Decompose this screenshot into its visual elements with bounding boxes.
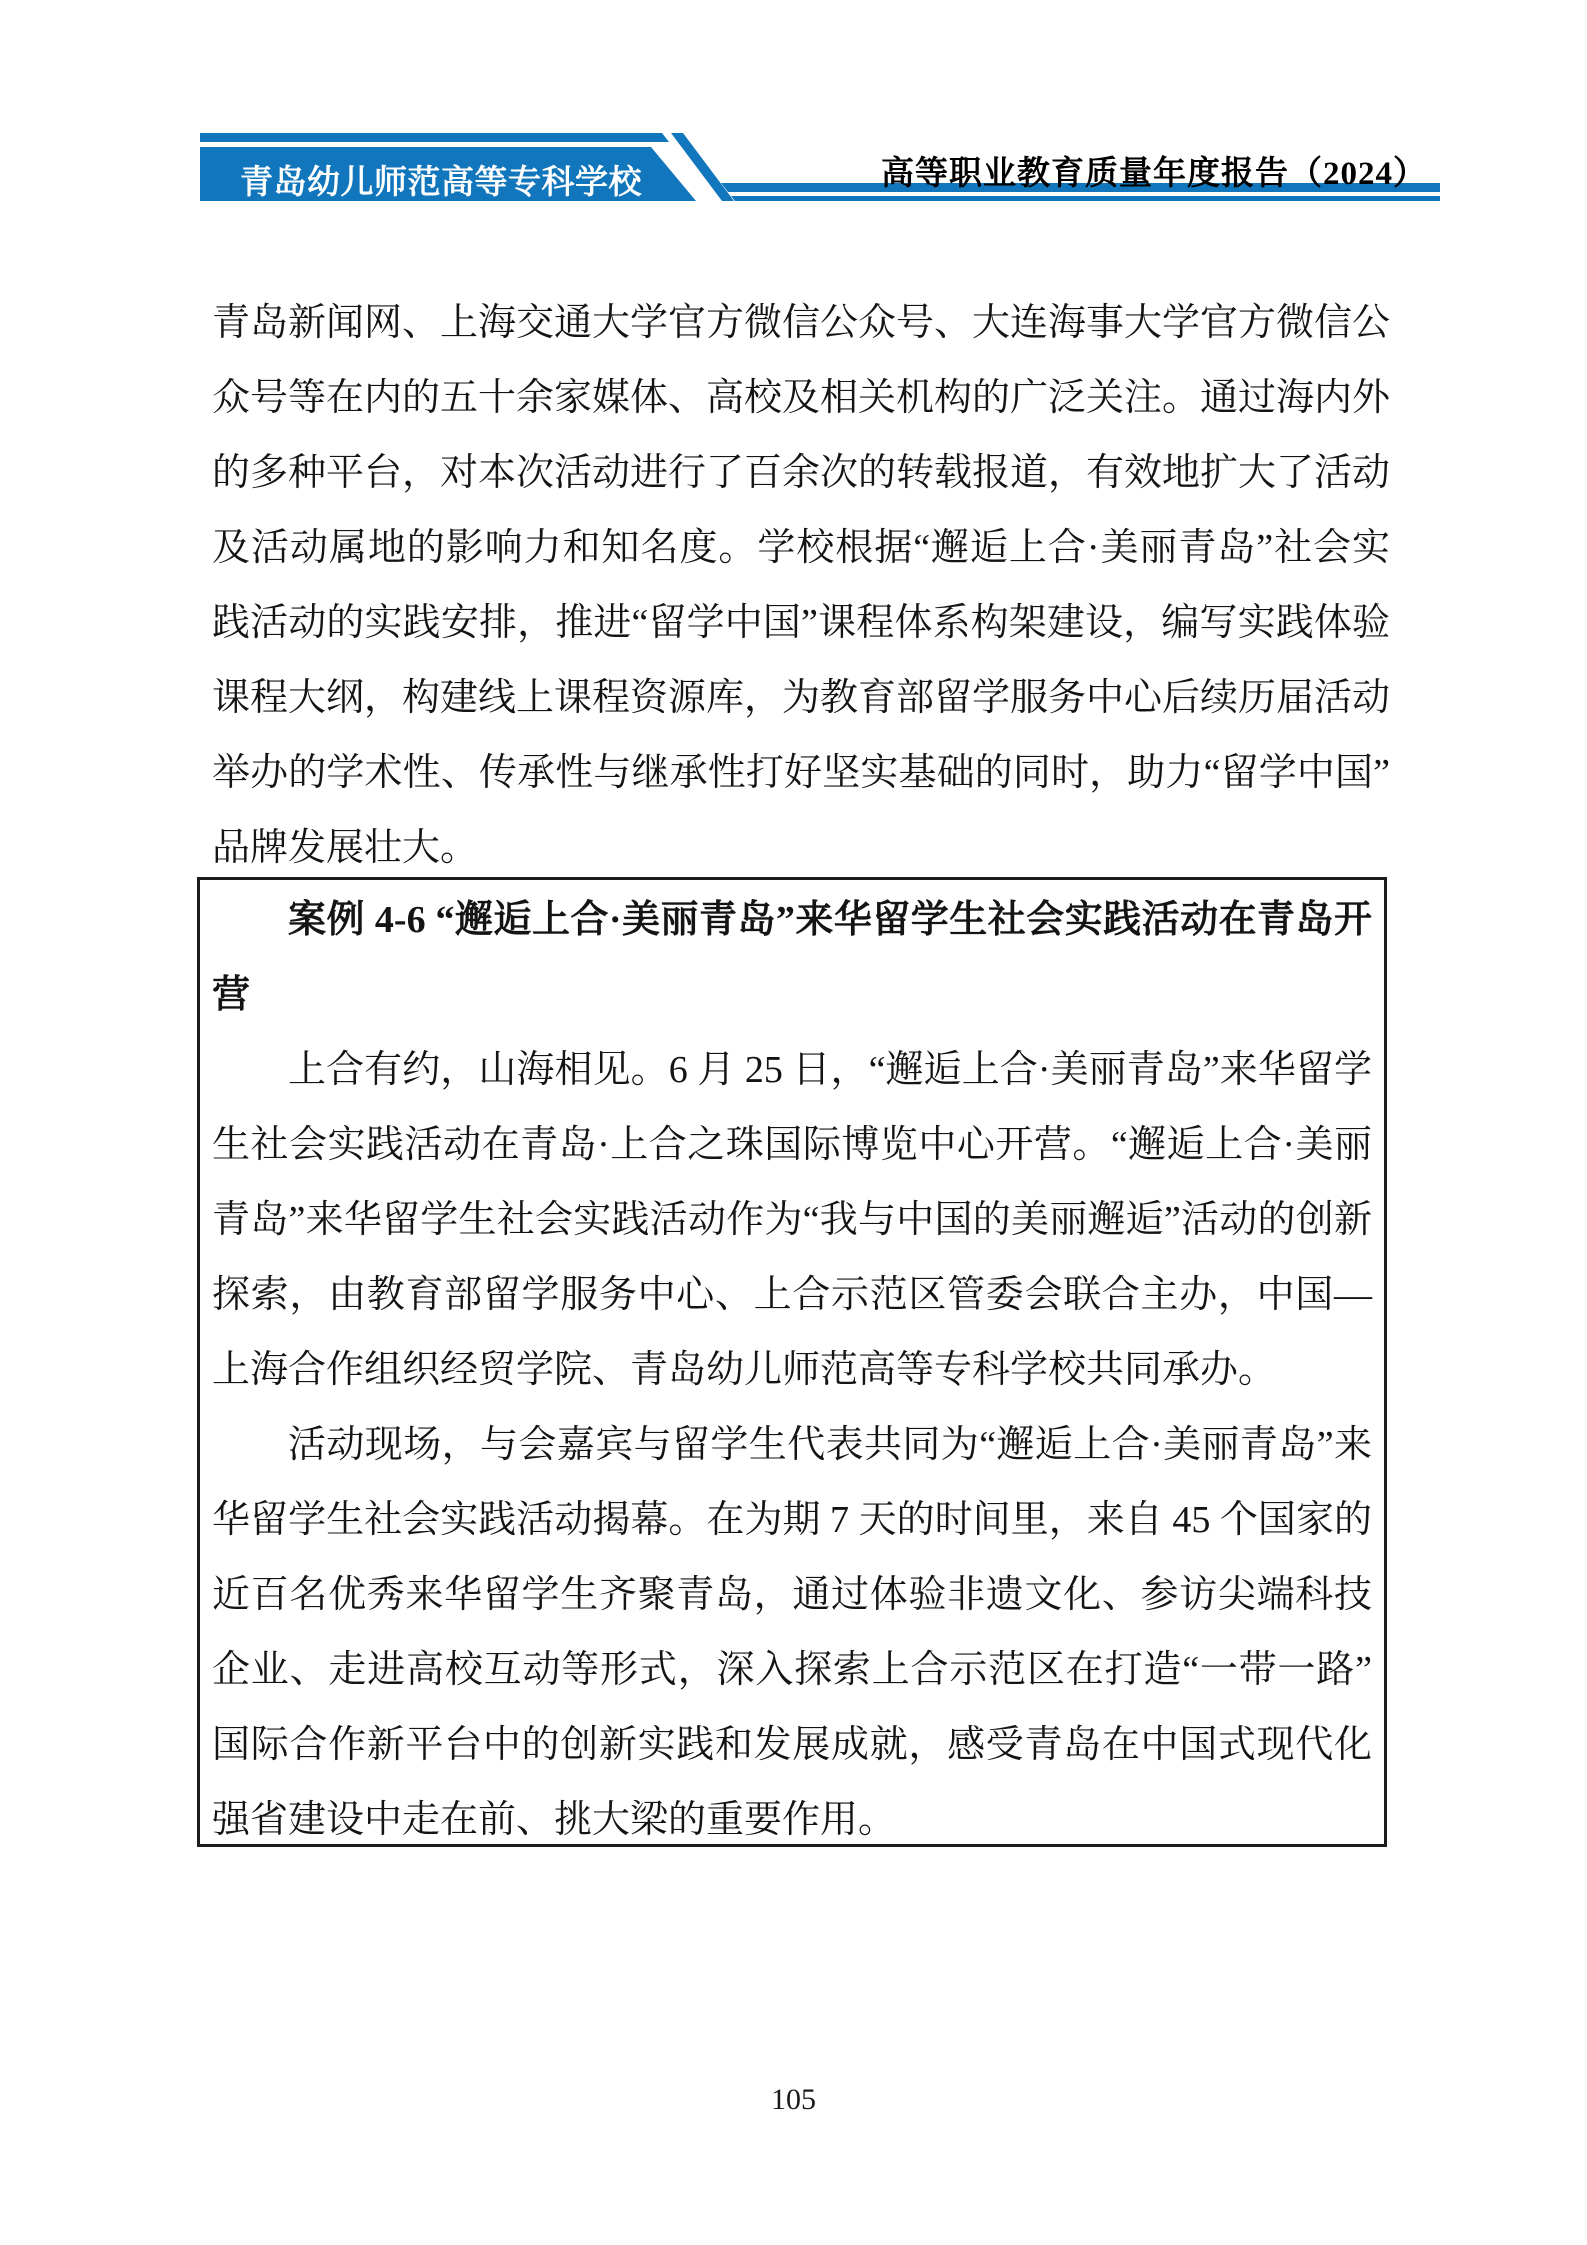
case-box: 案例 4-6 “邂逅上合·美丽青岛”来华留学生社会实践活动在青岛开营 上合有约，… <box>197 877 1387 1847</box>
document-page: 青岛幼儿师范高等专科学校 高等职业教育质量年度报告（2024） 青岛新闻网、上海… <box>0 0 1587 2245</box>
school-name: 青岛幼儿师范高等专科学校 <box>240 156 642 203</box>
banner-top-stripe <box>200 133 672 142</box>
body-paragraph: 青岛新闻网、上海交通大学官方微信公众号、大连海事大学官方微信公众号等在内的五十余… <box>212 286 1390 886</box>
case-box-paragraph-1: 上合有约，山海相见。6 月 25 日，“邂逅上合·美丽青岛”来华留学生社会实践活… <box>212 1033 1372 1408</box>
report-title: 高等职业教育质量年度报告（2024） <box>881 147 1427 194</box>
case-box-title: 案例 4-6 “邂逅上合·美丽青岛”来华留学生社会实践活动在青岛开营 <box>212 883 1372 1033</box>
page-number: 105 <box>0 2083 1587 2117</box>
case-box-paragraph-2: 活动现场，与会嘉宾与留学生代表共同为“邂逅上合·美丽青岛”来华留学生社会实践活动… <box>212 1408 1372 1858</box>
